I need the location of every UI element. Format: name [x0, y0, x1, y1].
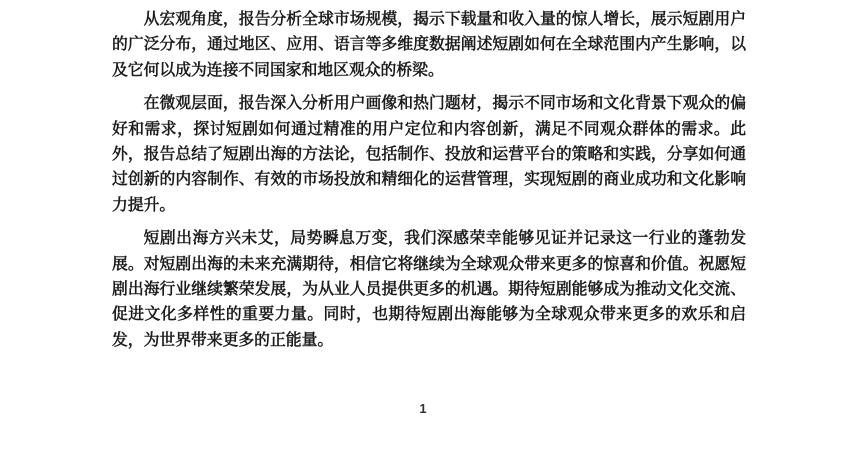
document-body: 从宏观角度，报告分析全球市场规模，揭示下载量和收入量的惊人增长，展示短剧用户的广… [112, 7, 746, 361]
page-number: 1 [0, 401, 846, 417]
paragraph-macro-overview: 从宏观角度，报告分析全球市场规模，揭示下载量和收入量的惊人增长，展示短剧用户的广… [112, 7, 746, 83]
paragraph-micro-analysis: 在微观层面，报告深入分析用户画像和热门题材，揭示不同市场和文化背景下观众的偏好和… [112, 91, 746, 218]
paragraph-outlook: 短剧出海方兴未艾，局势瞬息万变，我们深感荣幸能够见证并记录这一行业的蓬勃发展。对… [112, 226, 746, 353]
document-page: 从宏观角度，报告分析全球市场规模，揭示下载量和收入量的惊人增长，展示短剧用户的广… [0, 0, 846, 464]
